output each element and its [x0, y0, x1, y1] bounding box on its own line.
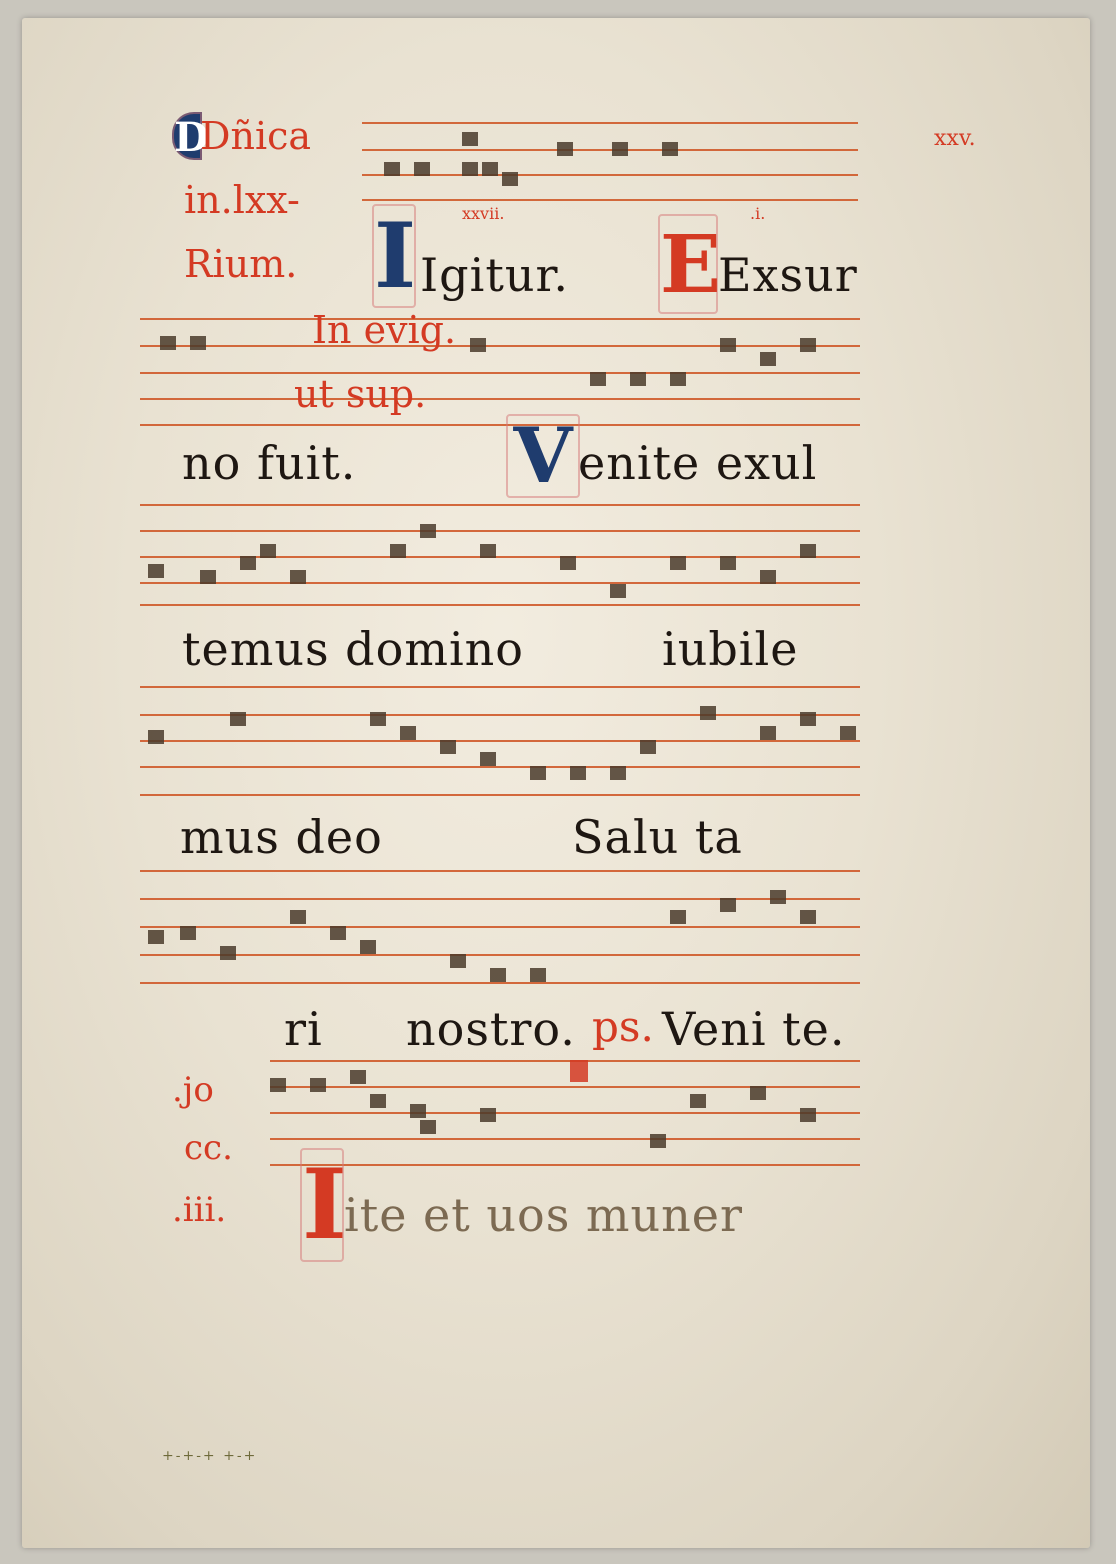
text-temus-domino: temus domino: [182, 622, 524, 676]
text-saluta: Salu ta: [572, 810, 743, 864]
staff-2: [140, 318, 860, 428]
rubric-ps: ps.: [592, 1002, 654, 1051]
initial-v-venite: V: [506, 414, 580, 498]
initial-e-exsurge: E: [658, 214, 718, 314]
staff-4: [140, 686, 860, 798]
incipit-line-2: ut sup.: [294, 372, 426, 416]
text-venite-exul: enite exul: [578, 436, 817, 490]
ps-line-1: .jo: [172, 1070, 214, 1110]
rubric-line-2: in.lxx-: [184, 178, 300, 222]
text-no-fuit: no fuit.: [182, 436, 356, 490]
rubric-line-3: Rium.: [184, 242, 297, 286]
incipit-line-1: In evig.: [312, 308, 456, 352]
ps-line-2: cc.: [184, 1128, 233, 1168]
text-iubile: iubile: [662, 622, 798, 676]
folio-number: xxv.: [934, 126, 976, 151]
initial-i-igitur: I: [372, 204, 416, 308]
staff-1: [362, 122, 858, 222]
text-mus-deo: mus deo: [180, 810, 383, 864]
staff-5: [140, 870, 860, 986]
manuscript-leaf: xxv. D Dñica in.lxx- Rium. xxvii. .i. I …: [22, 18, 1090, 1548]
text-nostro: nostro.: [406, 1002, 576, 1056]
staff-6: [270, 1060, 860, 1168]
initial-d: D: [172, 112, 202, 160]
text-ri: ri: [284, 1002, 323, 1056]
number-xxvii: xxvii.: [462, 204, 504, 223]
initial-i-ite: I: [300, 1148, 344, 1262]
ps-line-3: .iii.: [172, 1190, 226, 1230]
rubric-line-1: Dñica: [200, 114, 311, 158]
number-i: .i.: [750, 204, 765, 223]
text-ite-et-uos: ite et uos muner: [344, 1188, 743, 1242]
text-veni-te: Veni te.: [662, 1002, 846, 1056]
text-exsurge: Exsur: [718, 248, 858, 302]
bottom-marks: +-+-+ +-+: [162, 1448, 257, 1464]
ornamental-clef: [570, 1060, 588, 1082]
text-igitur: Igitur.: [420, 248, 569, 302]
staff-3: [140, 504, 860, 614]
